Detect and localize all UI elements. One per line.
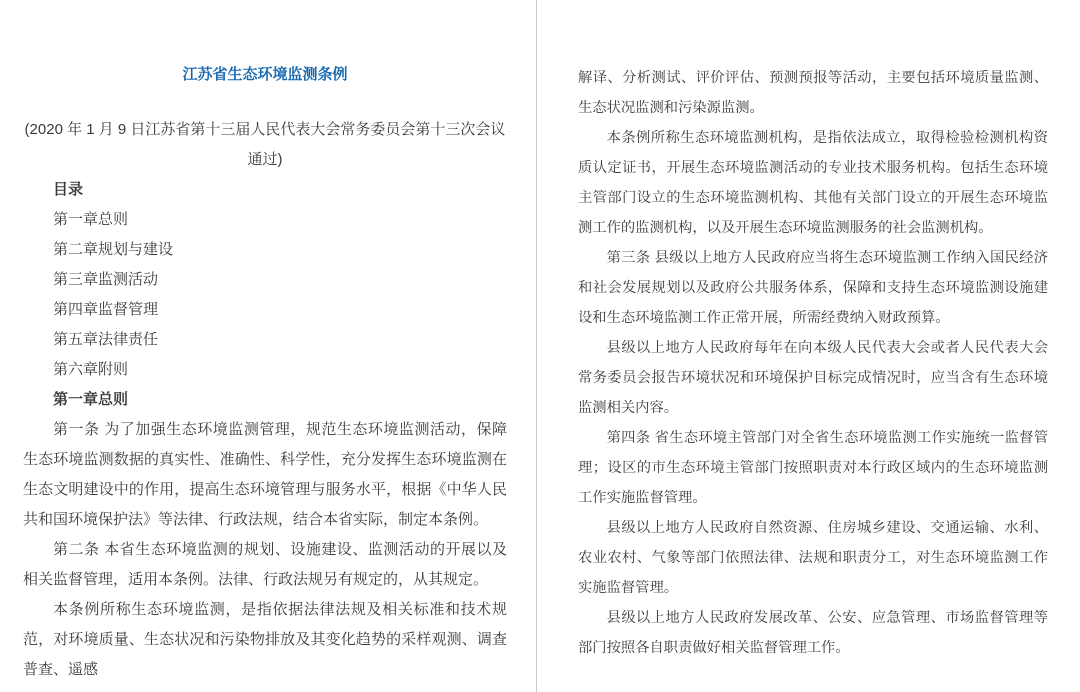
document-subtitle: (2020 年 1 月 9 日江苏省第十三届人民代表大会常务委员会第十三次会议通… — [23, 115, 507, 175]
page-2: 解译、分析测试、评价评估、预测预报等活动，主要包括环境质量监测、生态状况监测和污… — [578, 0, 1048, 692]
article-4-other-departments-paragraph: 县级以上地方人民政府发展改革、公安、应急管理、市场监督管理等部门按照各自职责做好… — [578, 603, 1048, 663]
page-1: 江苏省生态环境监测条例 (2020 年 1 月 9 日江苏省第十三届人民代表大会… — [23, 0, 507, 692]
article-3-report-paragraph: 县级以上地方人民政府每年在向本级人民代表大会或者人民代表大会常务委员会报告环境状… — [578, 333, 1048, 423]
article-3-paragraph: 第三条 县级以上地方人民政府应当将生态环境监测工作纳入国民经济和社会发展规划以及… — [578, 243, 1048, 333]
toc-item-chapter-6: 第六章附则 — [23, 355, 507, 385]
article-2-paragraph: 第二条 本省生态环境监测的规划、设施建设、监测活动的开展以及相关监督管理，适用本… — [23, 535, 507, 595]
article-4-departments-paragraph: 县级以上地方人民政府自然资源、住房城乡建设、交通运输、水利、农业农村、气象等部门… — [578, 513, 1048, 603]
document-title: 江苏省生态环境监测条例 — [23, 60, 507, 90]
toc-item-chapter-4: 第四章监督管理 — [23, 295, 507, 325]
toc-item-chapter-1: 第一章总则 — [23, 205, 507, 235]
article-1-paragraph: 第一条 为了加强生态环境监测管理，规范生态环境监测活动，保障生态环境监测数据的真… — [23, 415, 507, 535]
article-2-definition-paragraph: 本条例所称生态环境监测，是指依据法律法规及相关标准和技术规范，对环境质量、生态状… — [23, 595, 507, 685]
toc-item-chapter-3: 第三章监测活动 — [23, 265, 507, 295]
page-divider-line — [536, 0, 537, 692]
article-4-paragraph: 第四条 省生态环境主管部门对全省生态环境监测工作实施统一监督管理；设区的市生态环… — [578, 423, 1048, 513]
article-2-agency-definition-paragraph: 本条例所称生态环境监测机构，是指依法成立，取得检验检测机构资质认定证书，开展生态… — [578, 123, 1048, 243]
toc-header: 目录 — [23, 175, 507, 205]
toc-item-chapter-5: 第五章法律责任 — [23, 325, 507, 355]
toc-item-chapter-2: 第二章规划与建设 — [23, 235, 507, 265]
chapter-1-heading: 第一章总则 — [23, 385, 507, 415]
article-2-continuation-paragraph: 解译、分析测试、评价评估、预测预报等活动，主要包括环境质量监测、生态状况监测和污… — [578, 63, 1048, 123]
